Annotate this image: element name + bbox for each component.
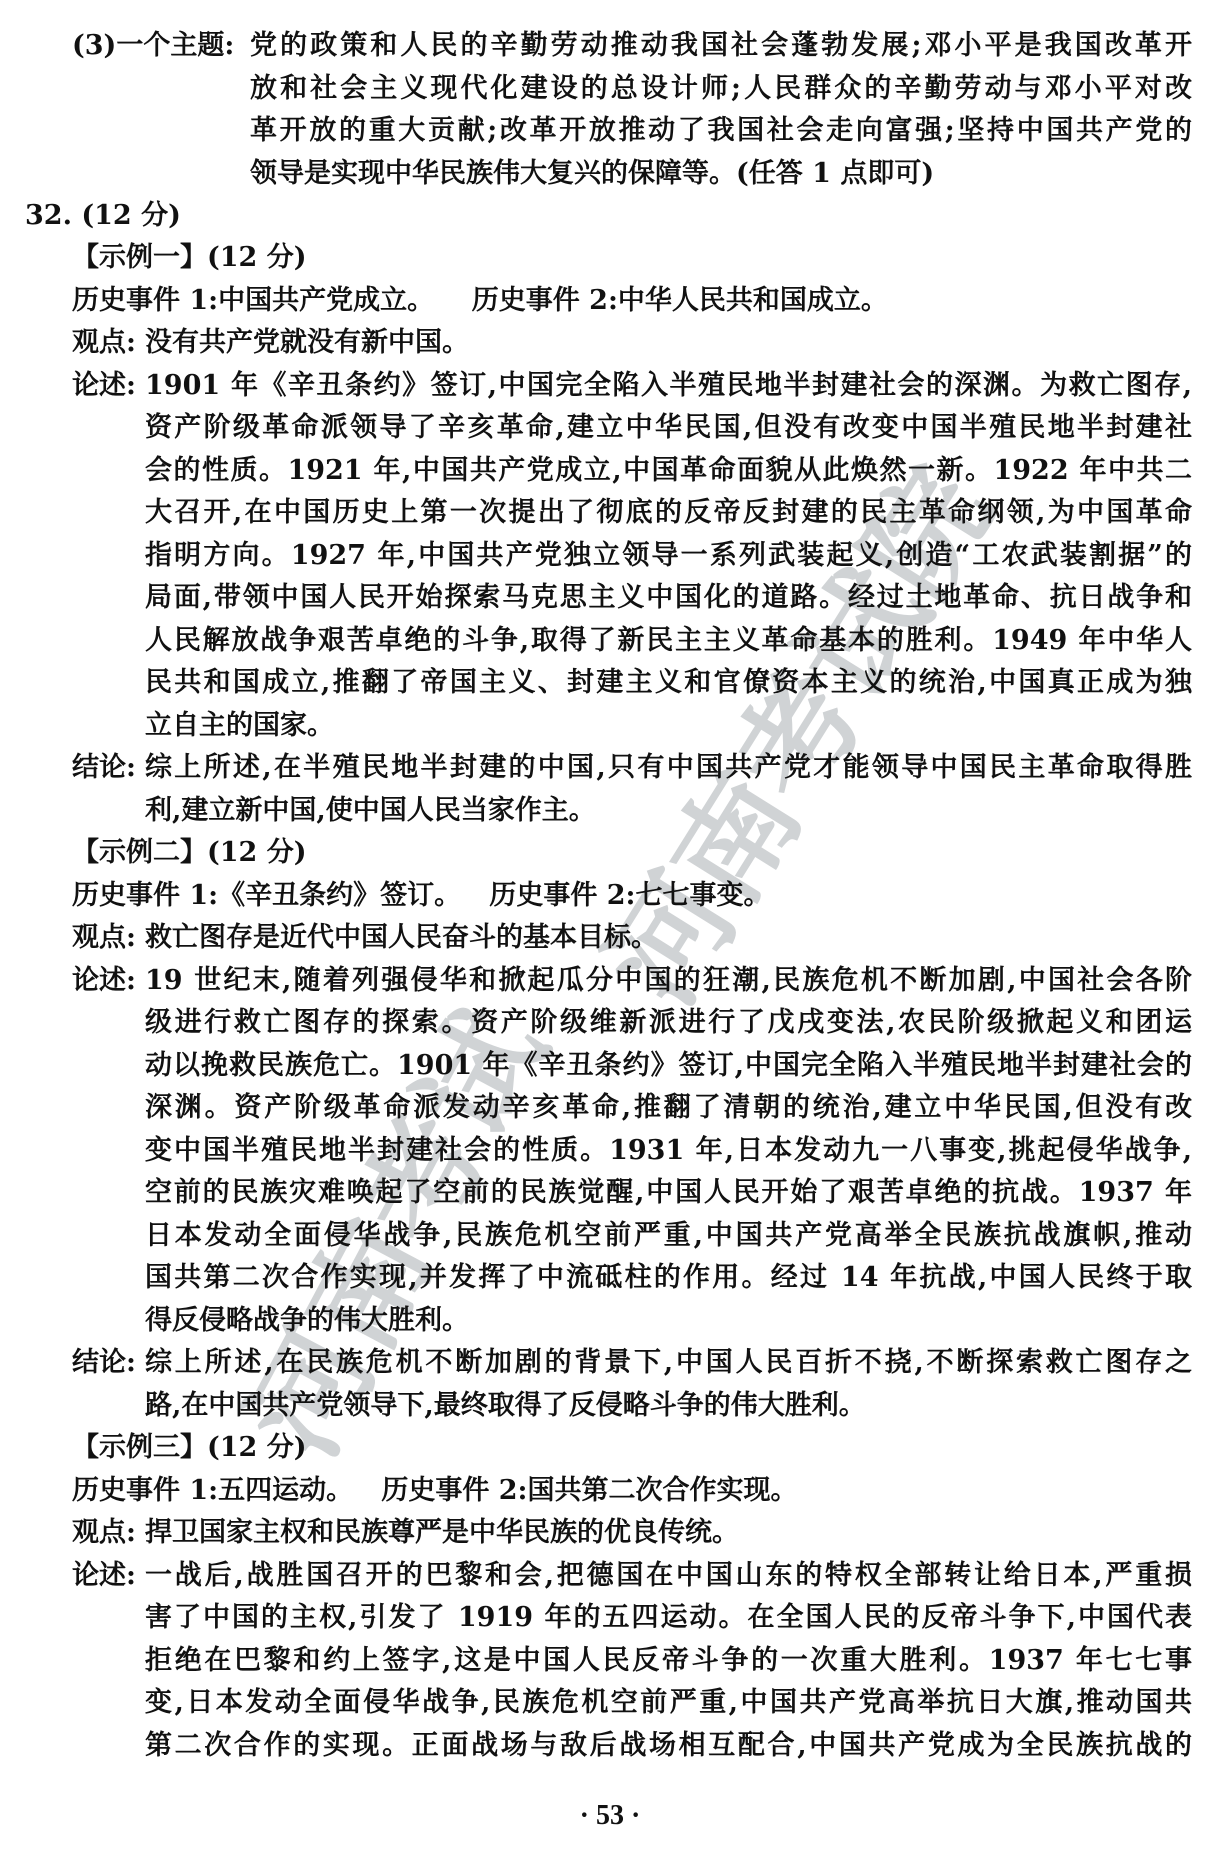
example-1-argument-label: 论述: [72,364,136,407]
example-3-argument-line: 拒绝在巴黎和约上签字,这是中国人民反帝斗争的一次重大胜利。1937 年七七事 [145,1639,1192,1682]
example-1-title: 【示例一】(12 分) [72,236,307,279]
example-2-conclusion-label: 结论: [72,1341,136,1384]
example-2-argument-line: 动以挽救民族危亡。1901 年《辛丑条约》签订,中国完全陷入半殖民地半封建社会的 [145,1044,1192,1087]
part3-label: (3)一个主题: [72,24,234,67]
example-1-argument-line: 指明方向。1927 年,中国共产党独立领导一系列武装起义,创造“工农武装割据”的 [145,534,1192,577]
example-1-argument-line: 大召开,在中国历史上第一次提出了彻底的反帝反封建的民主革命纲领,为中国革命 [145,491,1192,534]
example-1-viewpoint-label: 观点: [72,321,136,364]
example-1-conclusion-label: 结论: [72,746,136,789]
example-1-argument-line: 1901 年《辛丑条约》签订,中国完全陷入半殖民地半封建社会的深渊。为救亡图存, [145,364,1192,407]
example-2-argument-line: 国共第二次合作实现,并发挥了中流砥柱的作用。经过 14 年抗战,中国人民终于取 [145,1256,1192,1299]
part3-line: 领导是实现中华民族伟大复兴的保障等。(任答 1 点即可) [250,152,934,195]
question-number: 32. (12 分) [25,194,181,237]
part3-line: 党的政策和人民的辛勤劳动推动我国社会蓬勃发展;邓小平是我国改革开 [250,24,1192,67]
example-1-argument-line: 资产阶级革命派领导了辛亥革命,建立中华民国,但没有改变中国半殖民地半封建社 [145,406,1192,449]
document-page: 河南考试院 河南考试 (3)一个主题: 党的政策和人民的辛勤劳动推动我国社会蓬勃… [0,0,1220,1860]
example-3-argument-line: 第二次合作的实现。正面战场与敌后战场相互配合,中国共产党成为全民族抗战的 [145,1724,1192,1767]
example-1-viewpoint: 没有共产党就没有新中国。 [145,321,469,364]
example-1-argument-line: 民共和国成立,推翻了帝国主义、封建主义和官僚资本主义的统治,中国真正成为独 [145,661,1192,704]
example-2-viewpoint-label: 观点: [72,916,136,959]
example-2-events: 历史事件 1:《辛丑条约》签订。 历史事件 2:七七事变。 [72,874,771,917]
part3-line: 革开放的重大贡献;改革开放推动了我国社会走向富强;坚持中国共产党的 [250,109,1192,152]
example-2-argument-line: 得反侵略战争的伟大胜利。 [145,1299,469,1342]
example-3-viewpoint-label: 观点: [72,1511,136,1554]
example-3-argument-line: 一战后,战胜国召开的巴黎和会,把德国在中国山东的特权全部转让给日本,严重损 [145,1554,1192,1597]
part3-line: 放和社会主义现代化建设的总设计师;人民群众的辛勤劳动与邓小平对改 [250,67,1192,110]
example-2-argument-label: 论述: [72,959,136,1002]
example-3-events: 历史事件 1:五四运动。 历史事件 2:国共第二次合作实现。 [72,1469,798,1512]
example-3-argument-label: 论述: [72,1554,136,1597]
example-2-argument-line: 变中国半殖民地半封建社会的性质。1931 年,日本发动九一八事变,挑起侵华战争, [145,1129,1192,1172]
example-2-conclusion-line: 综上所述,在民族危机不断加剧的背景下,中国人民百折不挠,不断探索救亡图存之 [145,1341,1192,1384]
example-2-title: 【示例二】(12 分) [72,831,307,874]
example-3-argument-line: 变,日本发动全面侵华战争,民族危机空前严重,中国共产党高举抗日大旗,推动国共 [145,1681,1192,1724]
example-1-argument-line: 人民解放战争艰苦卓绝的斗争,取得了新民主主义革命基本的胜利。1949 年中华人 [145,619,1192,662]
page-number: · 53 · [0,1800,1220,1832]
example-2-argument-line: 日本发动全面侵华战争,民族危机空前严重,中国共产党高举全民族抗战旗帜,推动 [145,1214,1192,1257]
example-2-argument-line: 空前的民族灾难唤起了空前的民族觉醒,中国人民开始了艰苦卓绝的抗战。1937 年 [145,1171,1192,1214]
example-3-title: 【示例三】(12 分) [72,1426,307,1469]
example-1-conclusion-line: 综上所述,在半殖民地半封建的中国,只有中国共产党才能领导中国民主革命取得胜 [145,746,1192,789]
example-2-conclusion-line: 路,在中国共产党领导下,最终取得了反侵略斗争的伟大胜利。 [145,1384,866,1427]
example-2-argument-line: 级进行救亡图存的探索。资产阶级维新派进行了戊戌变法,农民阶级掀起义和团运 [145,1001,1192,1044]
example-3-argument-line: 害了中国的主权,引发了 1919 年的五四运动。在全国人民的反帝斗争下,中国代表 [145,1596,1192,1639]
example-1-argument-line: 局面,带领中国人民开始探索马克思主义中国化的道路。经过土地革命、抗日战争和 [145,576,1192,619]
example-1-conclusion-line: 利,建立新中国,使中国人民当家作主。 [145,789,596,832]
example-1-argument-line: 立自主的国家。 [145,704,334,747]
example-2-argument-line: 深渊。资产阶级革命派发动辛亥革命,推翻了清朝的统治,建立中华民国,但没有改 [145,1086,1192,1129]
example-2-viewpoint: 救亡图存是近代中国人民奋斗的基本目标。 [145,916,658,959]
example-1-argument-line: 会的性质。1921 年,中国共产党成立,中国革命面貌从此焕然一新。1922 年中… [145,449,1192,492]
example-2-argument-line: 19 世纪末,随着列强侵华和掀起瓜分中国的狂潮,民族危机不断加剧,中国社会各阶 [145,959,1192,1002]
example-1-events: 历史事件 1:中国共产党成立。 历史事件 2:中华人民共和国成立。 [72,279,888,322]
example-3-viewpoint: 捍卫国家主权和民族尊严是中华民族的优良传统。 [145,1511,739,1554]
